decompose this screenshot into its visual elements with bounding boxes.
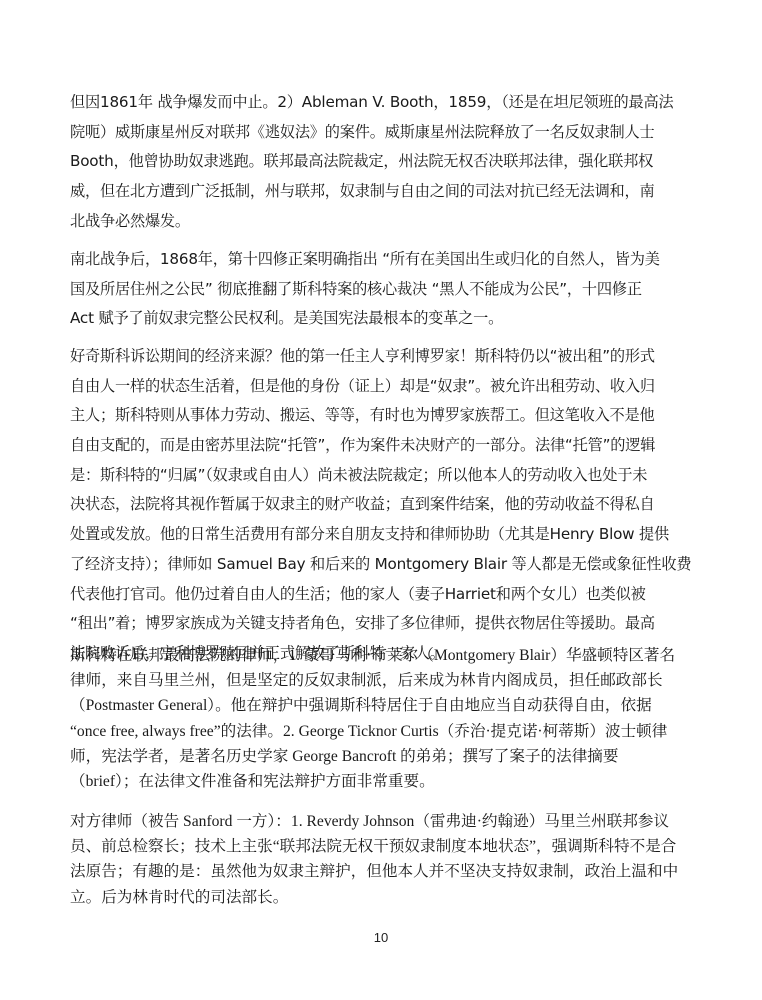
text-line: 代表他打官司。他仍过着自由人的生活；他的家人（妻子Harriet和两个女儿）也类… [70, 580, 690, 610]
text-line: 斯科特在联邦最高法院的律师，1. 蒙哥马利·布莱尔（Montgomery Bla… [70, 643, 690, 668]
text-line: 法原告；有趣的是：虽然他为奴隶主辩护，但他本人并不坚决支持奴隶制，政治上温和中 [70, 859, 690, 884]
text-line: 自由支配的，而是由密苏里法院“托管”，作为案件未决财产的一部分。法律“托管”的逻… [70, 431, 690, 461]
text-line: 自由人一样的状态生活着，但是他的身份（证上）却是“奴隶”。被允许出租劳动、收入归 [70, 372, 690, 402]
text-line: 主人；斯科特则从事体力劳动、搬运、等等，有时也为博罗家族帮工。但这笔收入不是他 [70, 401, 690, 431]
text-line: Booth，他曾协助奴隶逃跑。联邦最高法院裁定，州法院无权否决联邦法律，强化联邦… [70, 147, 690, 177]
text-line: （brief）；在法律文件准备和宪法辩护方面非常重要。 [70, 769, 690, 794]
text-line: 南北战争后，1868年，第十四修正案明确指出 “所有在美国出生或归化的自然人，皆… [70, 245, 690, 275]
document-page: 但因1861年 战争爆发而中止。2）Ableman V. Booth，1859，… [0, 0, 762, 1000]
text-line: 处置或发放。他的日常生活费用有部分来自朋友支持和律师协助（尤其是Henry Bl… [70, 520, 690, 550]
text-line: 国及所居住州之公民” 彻底推翻了斯科特案的核心裁决 “黑人不能成为公民”，十四修… [70, 275, 690, 305]
text-line: 是：斯科特的“归属”（奴隶或自由人）尚未被法院裁定；所以他本人的劳动收入也处于未 [70, 461, 690, 491]
page-number: 10 [0, 930, 762, 945]
text-line: 对方律师（被告 Sanford 一方）：1. Reverdy Johnson（雷… [70, 809, 690, 834]
text-line: “租出”着；博罗家族成为关键支持者角色，安排了多位律师，提供衣物居住等援助。最高 [70, 609, 690, 639]
text-line: Act 赋予了前奴隶完整公民权利。是美国宪法最根本的变革之一。 [70, 304, 690, 334]
text-line: 立。后为林肯时代的司法部长。 [70, 885, 690, 910]
text-line: 决状态，法院将其视作暂属于奴隶主的财产收益；直到案件结案，他的劳动收益不得私自 [70, 490, 690, 520]
text-line: 员、前总检察长；技术上主张“联邦法院无权干预奴隶制度本地状态”，强调斯科特不是合 [70, 834, 690, 859]
text-line: （Postmaster General）。他在辩护中强调斯科特居住于自由地应当自… [70, 693, 690, 718]
paragraph-opposing-counsel: 对方律师（被告 Sanford 一方）：1. Reverdy Johnson（雷… [70, 809, 690, 910]
text-line: 了经济支持）；律师如 Samuel Bay 和后来的 Montgomery Bl… [70, 550, 690, 580]
text-line: “once free, always free”的法律。2. George Ti… [70, 719, 690, 744]
text-line: 院呃）威斯康星州反对联邦《逃奴法》的案件。威斯康星州法院释放了一名反奴隶制人士 [70, 118, 690, 148]
text-line: 好奇斯科诉讼期间的经济来源？他的第一任主人亨利博罗家！斯科特仍以“被出租”的形式 [70, 342, 690, 372]
text-line: 师，宪法学者，是著名历史学家 George Bancroft 的弟弟；撰写了案子… [70, 744, 690, 769]
text-line: 律师，来自马里兰州，但是坚定的反奴隶制派，后来成为林肯内阁成员，担任邮政部长 [70, 668, 690, 693]
paragraph-economic-sources: 好奇斯科诉讼期间的经济来源？他的第一任主人亨利博罗家！斯科特仍以“被出租”的形式… [70, 342, 690, 669]
text-line: 威，但在北方遭到广泛抵制，州与联邦，奴隶制与自由之间的司法对抗已经无法调和，南 [70, 177, 690, 207]
text-line: 北战争必然爆发。 [70, 207, 690, 237]
text-line: 但因1861年 战争爆发而中止。2）Ableman V. Booth，1859，… [70, 88, 690, 118]
paragraph-fourteenth-amendment: 南北战争后，1868年，第十四修正案明确指出 “所有在美国出生或归化的自然人，皆… [70, 245, 690, 334]
paragraph-ableman-v-booth: 但因1861年 战争爆发而中止。2）Ableman V. Booth，1859，… [70, 88, 690, 236]
paragraph-scott-lawyers: 斯科特在联邦最高法院的律师，1. 蒙哥马利·布莱尔（Montgomery Bla… [70, 643, 690, 794]
